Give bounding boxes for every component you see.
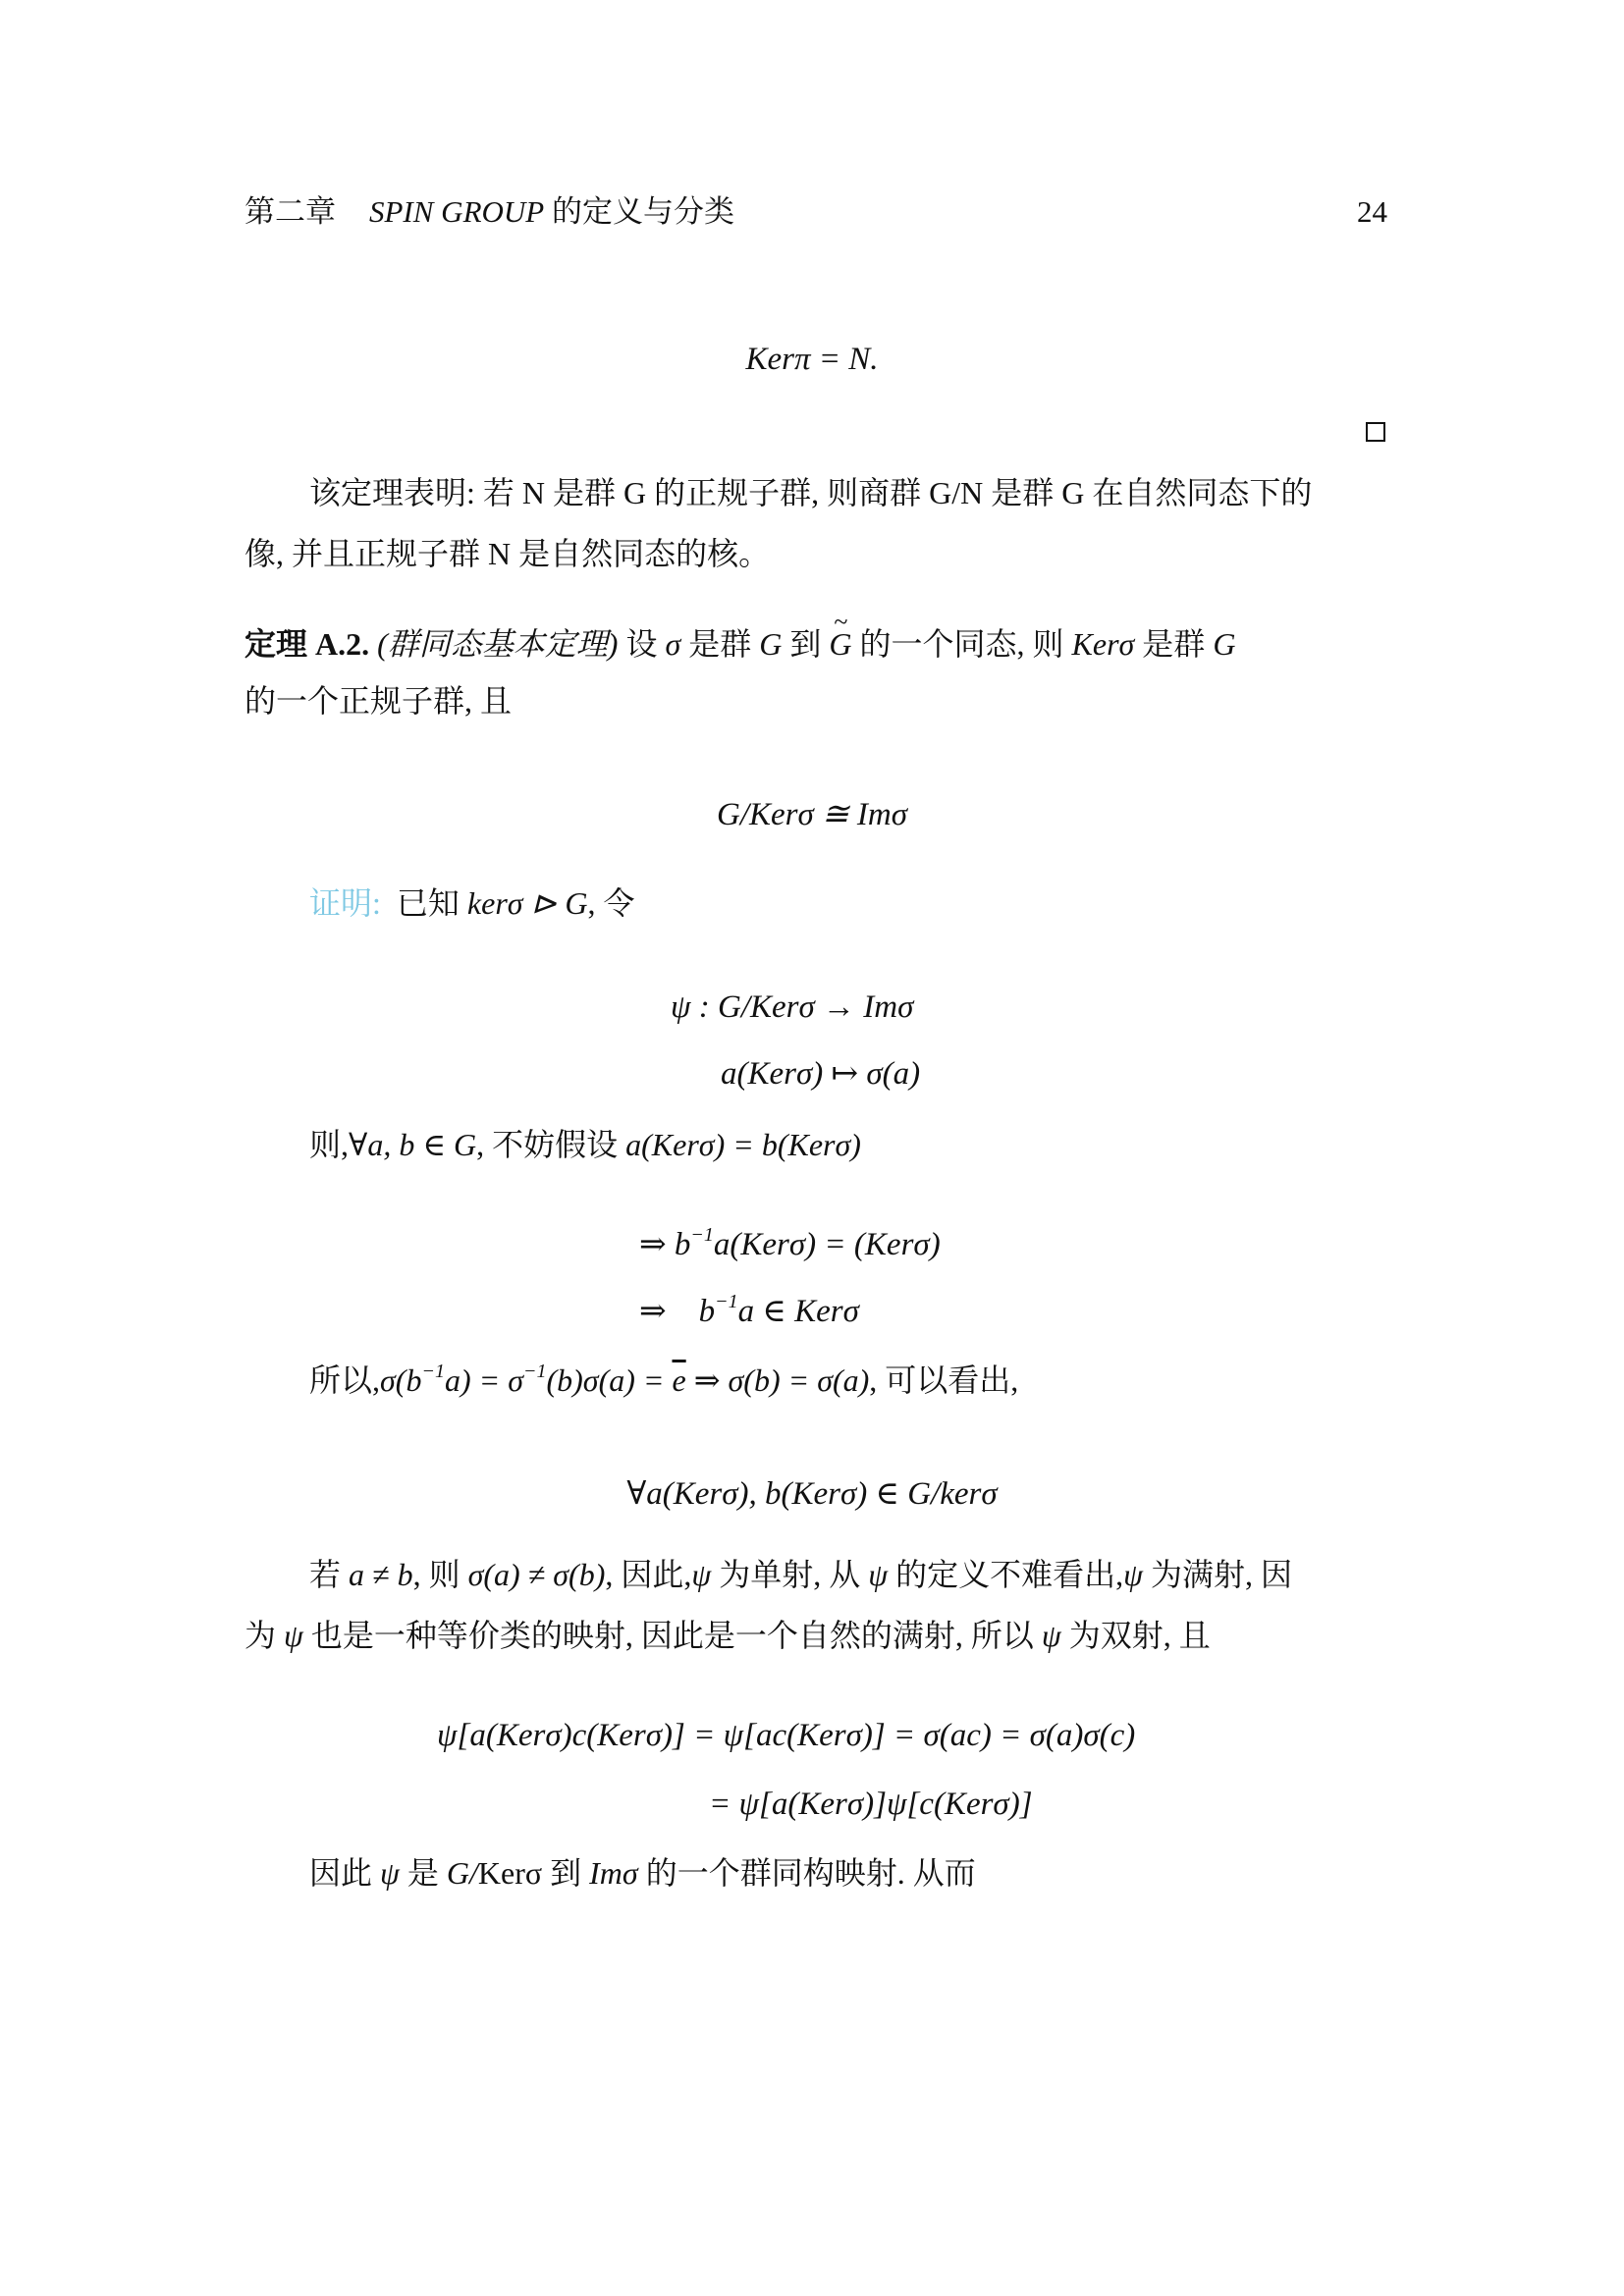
math-part: Imσ (589, 1855, 638, 1891)
math-forall: ∀a, b ∈ G (349, 1127, 476, 1162)
math-superscript: −1 (421, 1361, 445, 1382)
theorem-text: 是群 (1134, 626, 1213, 662)
math-part: (b)σ(a) = (546, 1362, 672, 1398)
theorem-statement-line1: 定理 A.2. (群同态基本定理) 设 σ 是群 G 到 G 的一个同态, 则 … (244, 622, 1235, 666)
math-part: G/ (447, 1855, 478, 1891)
page-number: 24 (1357, 192, 1387, 232)
math-part: a ≠ b (349, 1557, 413, 1592)
theorem-label: 定理 A.2. (244, 626, 369, 662)
equation-ker-pi: Kerπ = N. (0, 338, 1624, 381)
math-G: G (1213, 626, 1235, 662)
proof-text: 为双射, 且 (1061, 1618, 1211, 1653)
math-sigma: σ (665, 626, 680, 662)
math-normal-subgroup: kerσ ⊳ G (467, 885, 588, 921)
math-superscript: −1 (690, 1224, 714, 1246)
proof-text: 的一个群同构映射. 从而 (638, 1855, 976, 1891)
proof-text: , 可以看出, (869, 1362, 1018, 1398)
equation-psi-mapping: a(Kerσ) ↦ σ(a) (721, 1052, 920, 1095)
proof-text: 为 (244, 1618, 284, 1653)
chapter-title-italic: SPIN GROUP (369, 194, 544, 229)
proof-injective-line2: 为 ψ 也是一种等价类的映射, 因此是一个自然的满射, 所以 ψ 为双射, 且 (244, 1614, 1211, 1657)
proof-text: 的定义不难看出, (888, 1557, 1123, 1592)
math-G: G (759, 626, 782, 662)
proof-text: 所以, (309, 1362, 380, 1398)
math-part: ⇒ b (639, 1227, 690, 1262)
equation-homomorphism-2: = ψ[a(Kerσ)]ψ[c(Kerσ)] (709, 1783, 1033, 1826)
math-part: σ(b (380, 1362, 421, 1398)
theorem-text: 的一个同态, 则 (852, 626, 1072, 662)
theorem-text: 是群 (680, 626, 759, 662)
math-psi: ψ (1042, 1618, 1061, 1653)
equation-isomorphism: G/Kerσ ≅ Imσ (0, 793, 1624, 836)
math-psi: ψ (691, 1557, 711, 1592)
proof-text: 是 (400, 1855, 447, 1891)
theorem-text: 到 (782, 626, 829, 662)
equation-implies-1: ⇒ b−1a(Kerσ) = (Kerσ) (639, 1223, 941, 1266)
proof-text: , 则 (413, 1557, 468, 1592)
math-ker-sigma: Kerσ (1072, 626, 1135, 662)
math-G-tilde: G (829, 622, 851, 666)
equation-implies-2: ⇒ b−1a ∈ Kerσ (639, 1290, 859, 1333)
math-part: a(Kerσ) = (Kerσ) (714, 1227, 941, 1262)
proof-text: 则, (309, 1127, 349, 1162)
chapter-title-rest: 的定义与分类 (544, 194, 734, 229)
math-part: a ∈ Kerσ (738, 1294, 859, 1329)
theorem-text: 设 (618, 626, 665, 662)
proof-text: 因此 (309, 1855, 380, 1891)
math-coset-equality: a(Kerσ) = b(Kerσ) (625, 1127, 861, 1162)
math-superscript: −1 (715, 1291, 738, 1312)
document-page: 第二章SPIN GROUP 的定义与分类 24 Kerπ = N. 该定理表明:… (0, 0, 1624, 2296)
math-part-upright: Kerσ (478, 1855, 542, 1891)
theorem-name: (群同态基本定理) (377, 626, 618, 662)
equation-homomorphism-1: ψ[a(Kerσ)c(Kerσ)] = ψ[ac(Kerσ)] = σ(ac) … (437, 1714, 1135, 1757)
qed-square-icon (1366, 422, 1385, 442)
proof-text: , 令 (587, 885, 634, 921)
proof-text: , 因此, (605, 1557, 691, 1592)
running-header-title: 第二章SPIN GROUP 的定义与分类 (244, 192, 734, 232)
math-superscript: −1 (523, 1361, 547, 1382)
math-part: σ(a) ≠ σ(b) (468, 1557, 606, 1592)
proof-text: 为单射, 从 (711, 1557, 868, 1592)
equation-forall-cosets: ∀a(Kerσ), b(Kerσ) ∈ G/kerσ (0, 1472, 1624, 1516)
theorem-statement-line2: 的一个正规子群, 且 (244, 679, 512, 722)
proof-so-line: 所以,σ(b−1a) = σ−1(b)σ(a) = e ⇒ σ(b) = σ(a… (309, 1359, 1018, 1402)
proof-label: 证明: (309, 885, 381, 921)
equation-psi-definition: ψ : G/Kerσ → Imσ (671, 986, 913, 1029)
math-part: a) = σ (445, 1362, 523, 1398)
proof-start-line: 证明: 已知 kerσ ⊳ G, 令 (309, 881, 635, 925)
math-psi: ψ (1123, 1557, 1143, 1592)
proof-text: 为满射, 因 (1143, 1557, 1292, 1592)
math-identity-element: e (672, 1362, 685, 1398)
proof-text: 若 (309, 1557, 349, 1592)
chapter-label: 第二章 (244, 194, 336, 229)
math-psi: ψ (380, 1855, 400, 1891)
proof-text: , 不妨假设 (476, 1127, 625, 1162)
math-psi: ψ (284, 1618, 303, 1653)
proof-text: 到 (542, 1855, 589, 1891)
math-part: ⇒ σ(b) = σ(a) (686, 1362, 870, 1398)
paragraph-theorem-explanation-line1: 该定理表明: 若 N 是群 G 的正规子群, 则商群 G/N 是群 G 在自然同… (309, 471, 1312, 514)
proof-injective-line1: 若 a ≠ b, 则 σ(a) ≠ σ(b), 因此,ψ 为单射, 从 ψ 的定… (309, 1553, 1292, 1596)
paragraph-theorem-explanation-line2: 像, 并且正规子群 N 是自然同态的核。 (244, 532, 770, 575)
proof-forall-line: 则,∀a, b ∈ G, 不妨假设 a(Kerσ) = b(Kerσ) (309, 1123, 861, 1166)
proof-text: 已知 (397, 885, 467, 921)
proof-text: 也是一种等价类的映射, 因此是一个自然的满射, 所以 (303, 1618, 1042, 1653)
proof-conclusion-line: 因此 ψ 是 G/Kerσ 到 Imσ 的一个群同构映射. 从而 (309, 1851, 976, 1895)
math-part: ⇒ b (639, 1294, 715, 1329)
math-psi: ψ (868, 1557, 888, 1592)
